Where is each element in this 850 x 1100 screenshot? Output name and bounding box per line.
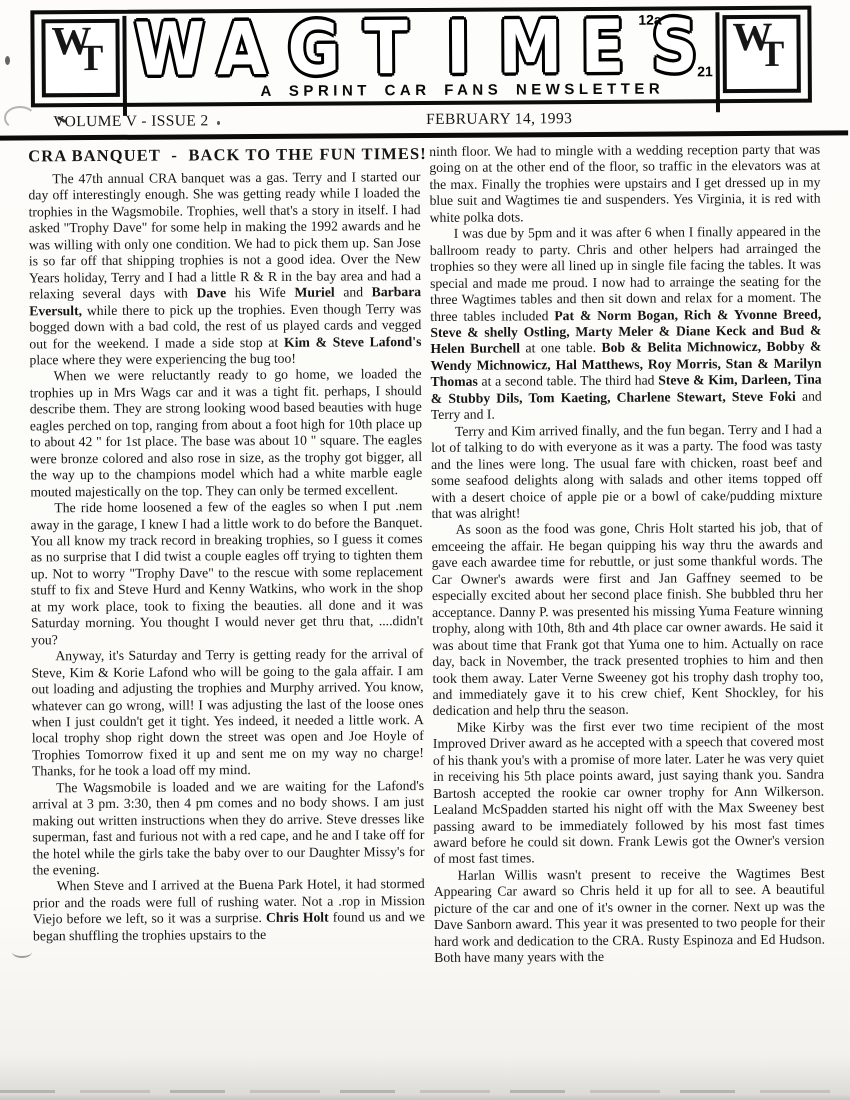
masthead-letter-glyph: M [498,12,562,85]
body-text: Mike Kirby was the first ever two time r… [433,717,825,866]
right-column: ninth floor. We had to mingle with a wed… [429,142,825,967]
paragraph: When we were reluctantly ready to go hom… [30,366,423,500]
body-text: Terry and Kim arrived finally, and the f… [431,421,822,521]
scan-squiggle [4,106,36,130]
paragraph: The 47th annual CRA banquet was a gas. T… [28,169,421,369]
left-column: CRA BANQUET - BACK TO THE FUN TIMES! The… [28,144,425,945]
flagpole-left [122,16,127,116]
paragraph: I was due by 5pm and it was after 6 when… [430,224,822,424]
scan-smudge [5,56,10,65]
masthead-letter-e: E [566,13,639,83]
right-column-paras: ninth floor. We had to mingle with a wed… [429,142,825,967]
issue-mark-bottom: 21 [697,64,713,78]
issue-mark-top: 12a [638,13,661,27]
masthead-letter-m: M [494,13,567,83]
masthead-letter-i: I [422,14,495,84]
body-text: place where they were experiencing the b… [29,351,295,368]
bold-name-text: Kim & Steve Lafond's [284,334,421,350]
wt-logo-t-letter: T [79,40,104,77]
body-text: ninth floor. We had to mingle with a wed… [429,142,820,225]
scanner-edge-shadow [0,1094,850,1100]
paragraph: When Steve and I arrived at the Buena Pa… [33,876,425,944]
body-text: The 47th annual CRA banquet was a gas. T… [28,169,421,302]
paragraph: Mike Kirby was the first ever two time r… [433,717,825,867]
body-text: his Wife [226,285,294,300]
paragraph: ninth floor. We had to mingle with a wed… [429,142,820,227]
date-label: FEBRUARY 14, 1993 [426,110,572,129]
volume-label: VOLUME V - ISSUE 2 [53,112,209,131]
paragraph: As soon as the food was gone, Chris Holt… [432,520,824,720]
bold-name-text: Chris Holt [266,910,329,925]
paragraph: Harlan Willis wasn't present to receive … [434,866,826,967]
masthead-letter-glyph: I [446,12,470,85]
bold-name-text: Dave [196,285,226,300]
scan-curl [12,946,32,958]
scan-dot [217,121,220,125]
body-text: Harlan Willis wasn't present to receive … [434,866,825,966]
body-text: Anyway, it's Saturday and Terry is getti… [31,646,424,779]
masthead-letter-glyph: E [580,11,624,84]
body-text: The Wagsmobile is loaded and we are wait… [32,778,424,878]
masthead-letter-glyph: G [287,13,340,86]
body-text: and [335,284,372,299]
article-headline: CRA BANQUET - BACK TO THE FUN TIMES! [28,144,420,166]
masthead-letter-t: T [350,14,423,84]
left-column-paras: The 47th annual CRA banquet was a gas. T… [28,169,425,945]
masthead-letter-glyph: A [217,13,267,86]
paragraph: The ride home loosened a few of the eagl… [30,498,423,648]
scanner-edge-line [0,1090,850,1093]
body-text: When we were reluctantly ready to go hom… [30,366,423,499]
newsletter-page: W T WAGTIMES12a21 W T A SPRINT CAR FANS … [0,0,850,1100]
body-text: at a second table. The third had [478,373,658,389]
body-text: The ride home loosened a few of the eagl… [30,498,423,647]
paragraph: The Wagsmobile is loaded and we are wait… [32,778,425,879]
masthead-letter-a: A [206,15,279,85]
masthead-title-letters: WAGTIMES12a21 [133,12,710,86]
body-text: As soon as the food was gone, Chris Holt… [432,520,824,718]
bold-name-text: Muriel [294,285,334,300]
paragraph: Terry and Kim arrived finally, and the f… [431,421,823,522]
masthead-subtitle: A SPRINT CAR FANS NEWSLETTER [185,80,740,100]
masthead: W T WAGTIMES12a21 W T A SPRINT CAR FANS … [30,6,812,108]
masthead-letter-glyph: T [364,13,408,86]
wt-logo-t-letter: T [760,36,785,73]
paragraph: Anyway, it's Saturday and Terry is getti… [31,646,424,780]
masthead-letter-w: W [133,15,206,85]
wt-flag-logo-left: W T [41,19,119,97]
body-text: at one table. [520,340,602,355]
masthead-letter-s: S12a21 [638,12,711,82]
scanned-sheet: W T WAGTIMES12a21 W T A SPRINT CAR FANS … [0,0,850,1100]
masthead-letter-glyph: W [134,14,205,87]
masthead-letter-g: G [278,14,351,84]
